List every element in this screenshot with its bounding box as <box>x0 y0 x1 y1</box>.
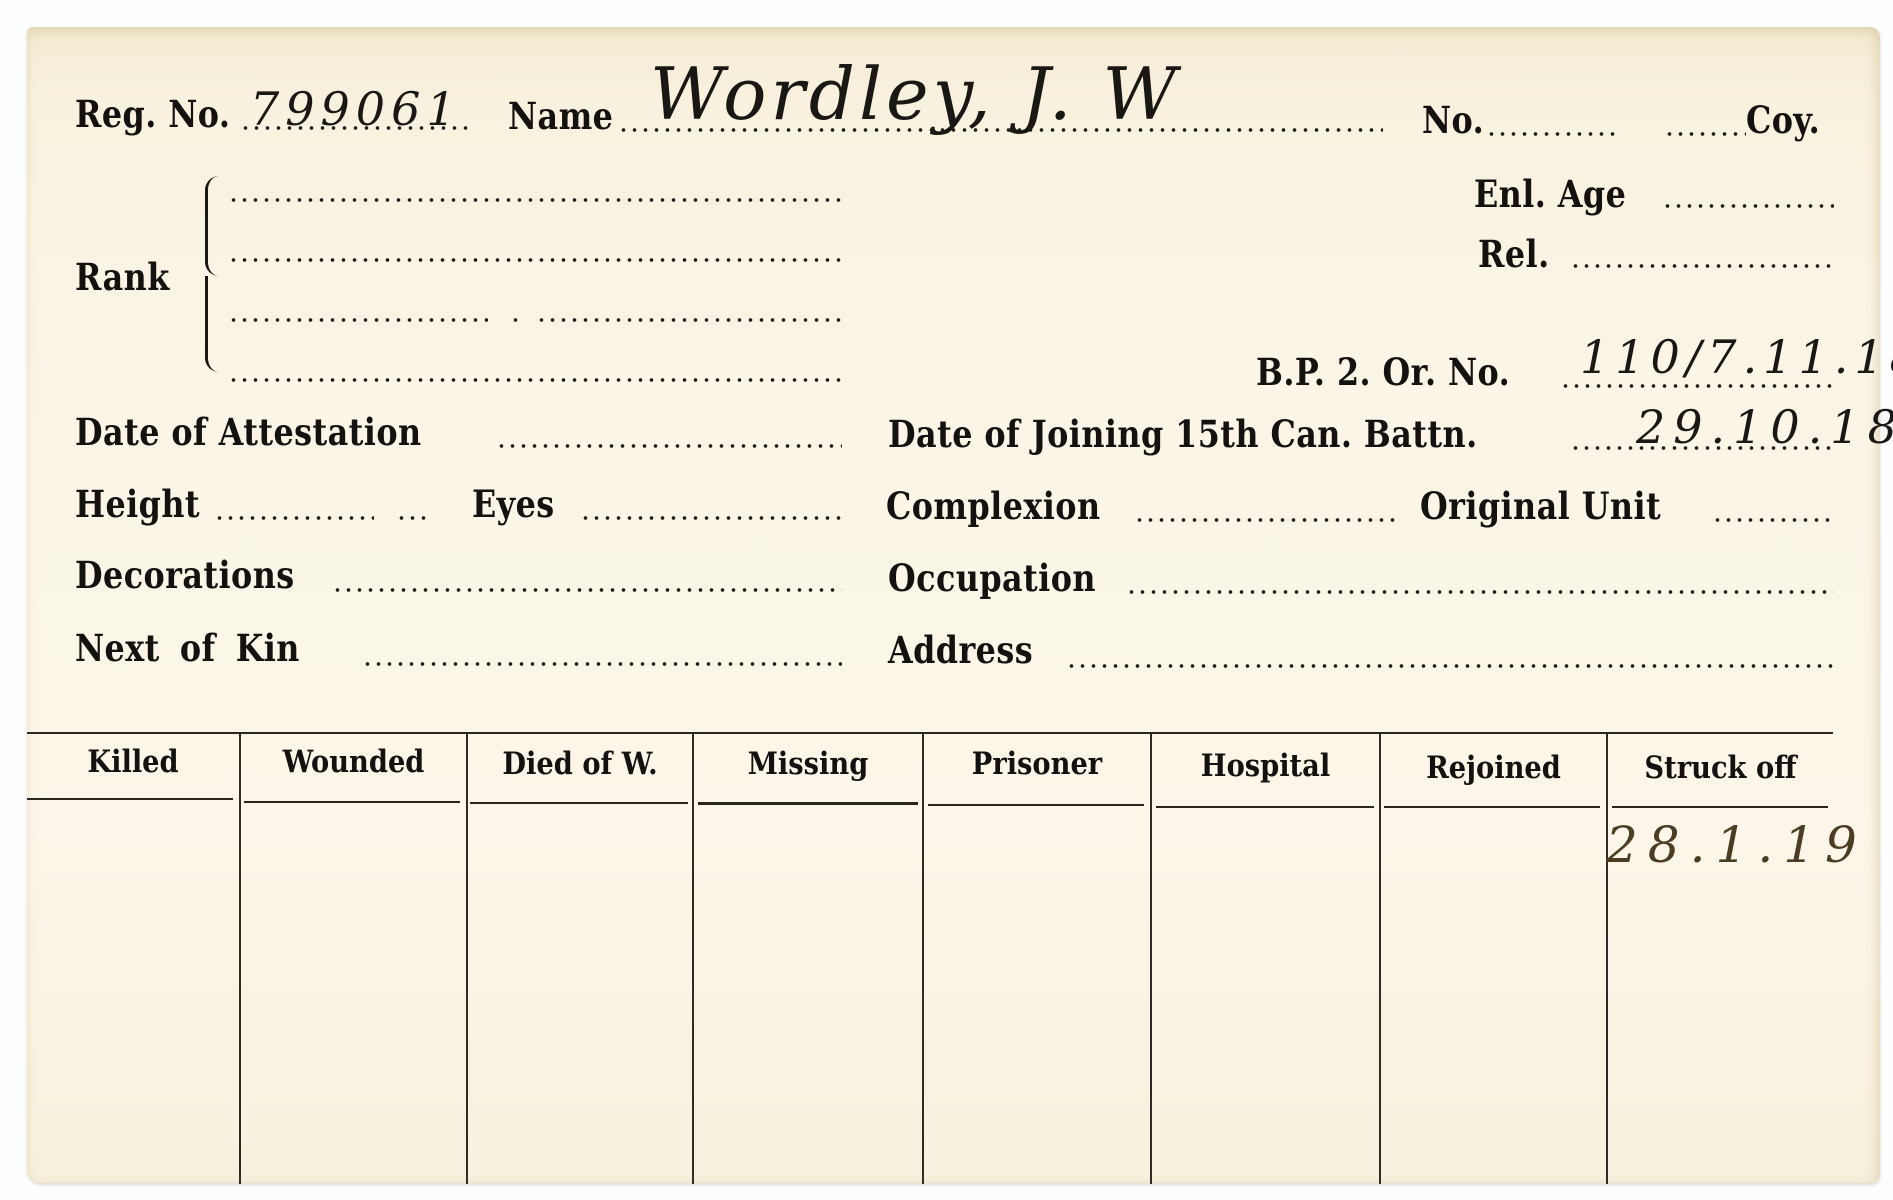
rank-line-4[interactable] <box>228 378 842 382</box>
original-unit-label: Original Unit <box>1420 484 1661 528</box>
column-header-rejoined: Rejoined <box>1395 750 1593 786</box>
coy-label: Coy. <box>1746 98 1820 142</box>
table-top-rule <box>27 732 1833 734</box>
next-of-kin-dotted-line[interactable] <box>362 662 842 666</box>
name-label: Name <box>508 94 613 138</box>
occupation-dotted-line[interactable] <box>1126 590 1834 594</box>
header-underline-rejoined <box>1384 806 1600 808</box>
rank-line-3b <box>536 318 842 322</box>
decorations-dotted-line[interactable] <box>332 588 842 592</box>
header-underline-prisoner <box>928 804 1144 806</box>
rel-dotted-line <box>1570 264 1834 268</box>
coy-dotted-line <box>1664 132 1746 136</box>
eyes-dotted-line[interactable] <box>580 516 842 520</box>
rank-line-3a[interactable] <box>228 318 488 322</box>
address-dotted-line[interactable] <box>1066 664 1834 668</box>
rank-label: Rank <box>75 255 170 299</box>
header-underline-killed <box>27 798 233 800</box>
column-divider-6 <box>1379 734 1381 1184</box>
column-divider-4 <box>922 734 924 1184</box>
complexion-dotted-line[interactable] <box>1134 518 1396 522</box>
rank-brace-bottom <box>205 276 224 372</box>
decorations-label: Decorations <box>75 553 295 597</box>
rank-line-2[interactable] <box>228 258 842 262</box>
bp2-or-no-label: B.P. 2. Or. No. <box>1256 350 1510 394</box>
enl-age-label: Enl. Age <box>1474 172 1626 216</box>
column-header-wounded: Wounded <box>255 744 453 780</box>
header-underline-hospital <box>1156 806 1374 808</box>
header-underline-died <box>470 802 688 804</box>
height-dotted-line[interactable] <box>214 516 374 520</box>
rank-line-1[interactable] <box>228 198 842 202</box>
column-divider-1 <box>239 734 241 1184</box>
column-header-struck-off: Struck off <box>1622 750 1820 786</box>
no-dotted-line <box>1486 132 1621 136</box>
name-value[interactable]: Wordley, J. W <box>650 52 1181 136</box>
date-of-joining-label: Date of Joining 15th Can. Battn. <box>888 412 1478 456</box>
rel-label: Rel. <box>1478 232 1550 276</box>
height-dotted-line-2 <box>396 516 432 520</box>
complexion-label: Complexion <box>886 484 1101 528</box>
rank-brace-top <box>205 176 224 276</box>
bp2-or-no-value[interactable]: 110/7.11.18 <box>1580 330 1893 384</box>
occupation-label: Occupation <box>888 556 1096 600</box>
date-of-attestation-dotted-line[interactable] <box>496 444 842 448</box>
column-header-died-of-wounds: Died of W. <box>481 746 678 782</box>
column-divider-2 <box>466 734 468 1184</box>
date-of-joining-value[interactable]: 29.10.18 <box>1636 400 1893 454</box>
rank-line-3-gap-dot <box>510 318 521 322</box>
bp2-dotted-line <box>1560 384 1834 388</box>
column-divider-7 <box>1606 734 1608 1184</box>
header-underline-struck-off <box>1612 806 1828 808</box>
date-of-attestation-label: Date of Attestation <box>75 410 422 454</box>
eyes-label: Eyes <box>472 482 555 526</box>
column-header-killed: Killed <box>40 744 227 780</box>
column-header-missing: Missing <box>708 746 909 782</box>
reg-no-value[interactable]: 799061 <box>250 82 462 136</box>
next-of-kin-label: Next of Kin <box>75 626 300 670</box>
column-divider-5 <box>1150 734 1152 1184</box>
reg-no-label: Reg. No. <box>75 92 230 136</box>
enl-age-dotted-line <box>1662 204 1834 208</box>
no-label: No. <box>1422 98 1484 142</box>
column-header-prisoner: Prisoner <box>938 746 1137 782</box>
header-underline-wounded <box>244 801 460 803</box>
header-underline-missing <box>698 802 918 805</box>
cell-struck-off[interactable]: 28.1.19 <box>1606 816 1867 874</box>
original-unit-dotted-line[interactable] <box>1712 518 1834 522</box>
column-header-hospital: Hospital <box>1166 748 1366 784</box>
address-label: Address <box>888 628 1033 672</box>
height-label: Height <box>75 482 200 526</box>
column-divider-3 <box>692 734 694 1184</box>
